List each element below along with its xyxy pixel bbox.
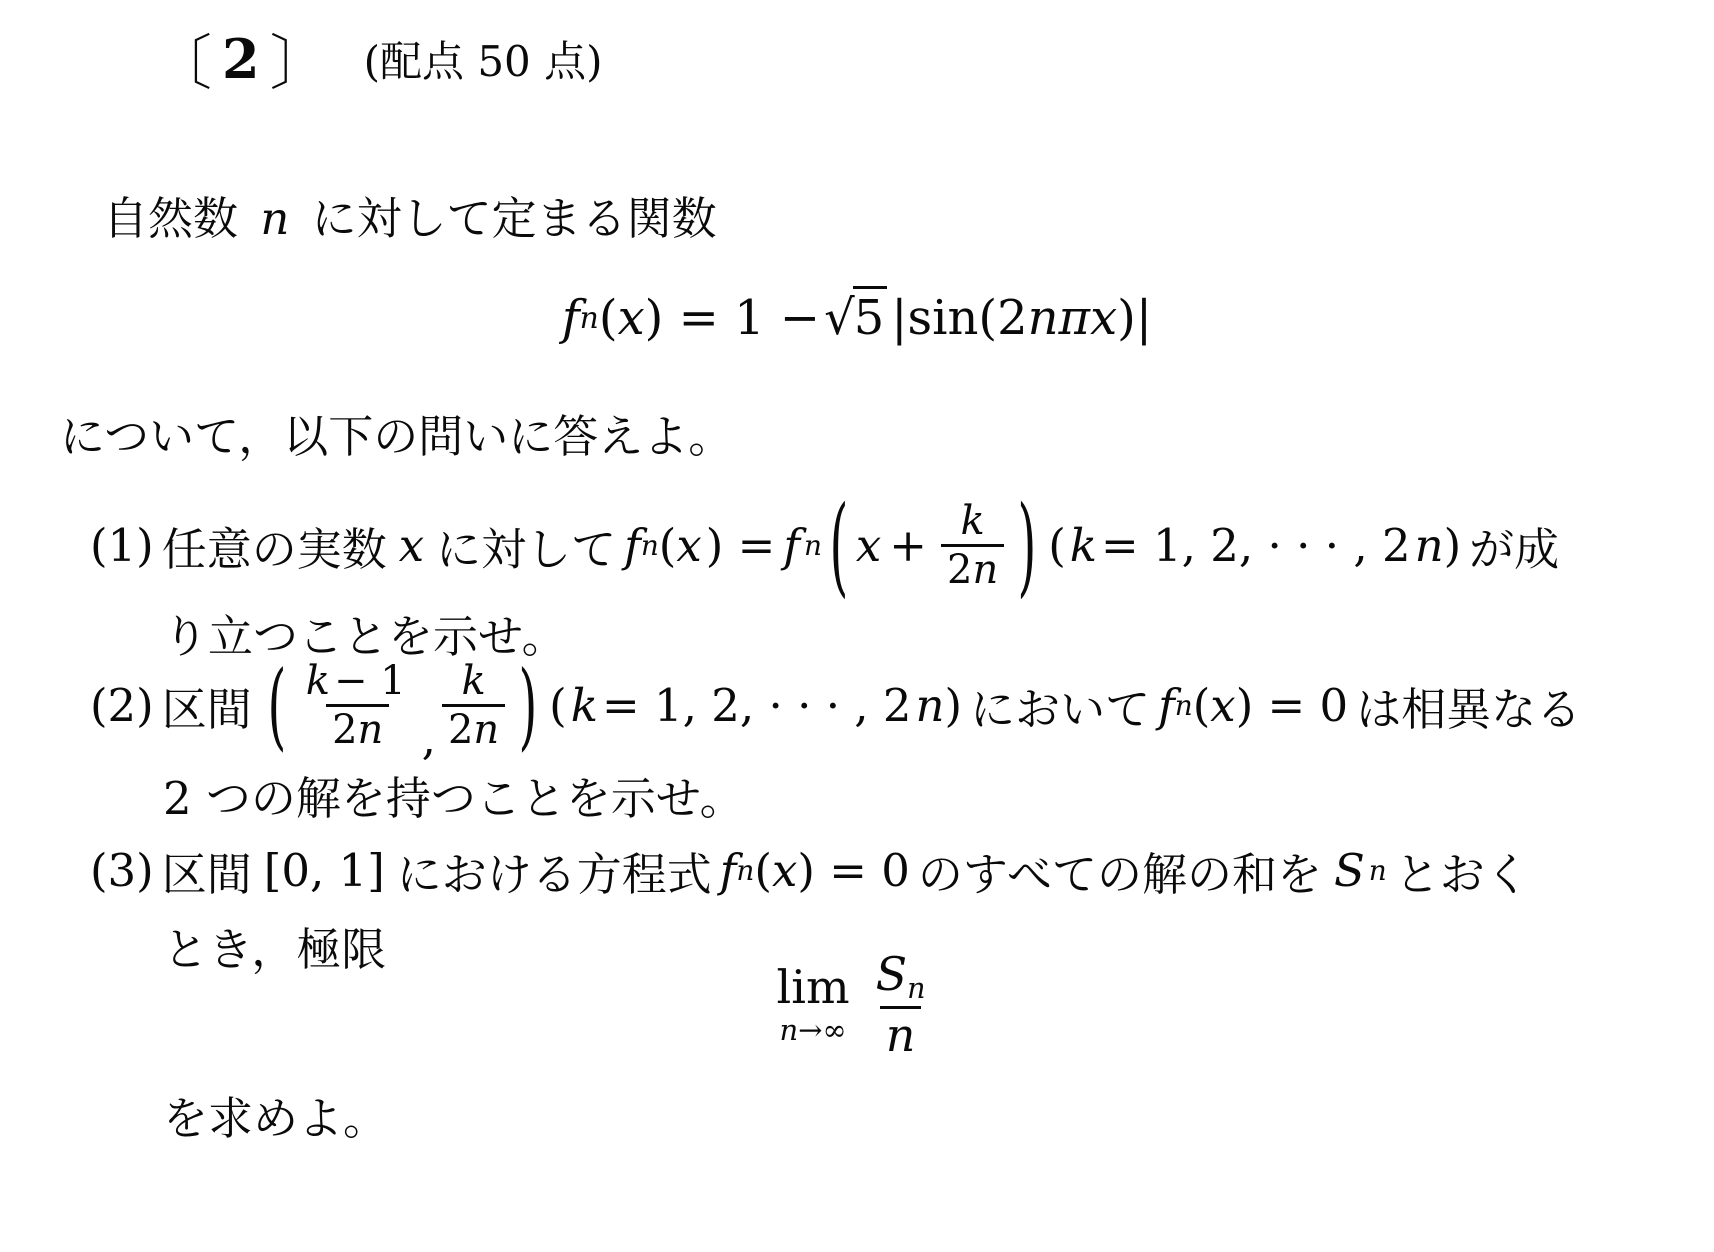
question-3-line-1: (3) 区間 [0, 1] における方程式 fn(x) = 0 のすべての解の和… <box>90 838 1538 903</box>
question-3-line-3: を求めよ。 <box>163 1082 388 1147</box>
intro-text-2: に対して定まる関数 <box>312 192 717 245</box>
formula-f-sub: n <box>580 301 599 336</box>
q1-text-2: に対して <box>436 513 616 578</box>
exam-page: { "header": { "bracket_open": "〔", "numb… <box>0 0 1714 1252</box>
q2-frac2-den-n: n <box>473 707 499 753</box>
q1-krange-k: k <box>1070 519 1097 572</box>
q2-frac1-den-2: 2 <box>332 707 357 753</box>
q3-eq0: ) = 0 <box>797 844 910 897</box>
q1-krange-open: ( <box>1048 519 1066 572</box>
q2-krange-k: k <box>571 679 598 732</box>
lim-subscript: n→∞ <box>779 1016 846 1045</box>
lim-operator: lim n→∞ <box>777 964 850 1045</box>
fraction-Sn-over-n: Sn n <box>870 948 932 1062</box>
q1-f1-sub: n <box>641 529 659 562</box>
q2-krange-open: ( <box>549 679 567 732</box>
limit-display-formula: lim n→∞ Sn n <box>0 948 1714 1062</box>
q1-eq: ) = <box>706 519 776 572</box>
q1-text-3: が成 <box>1469 513 1559 578</box>
q2-eq0: ) = 0 <box>1236 679 1349 732</box>
formula-open2: (2 <box>978 290 1027 346</box>
q2-krange-mid: = 1, 2, · · · , 2 <box>602 679 912 732</box>
q2-label: (2) <box>90 679 154 732</box>
q3-interval: [0, 1] <box>264 844 385 897</box>
q3-text-4: とおく <box>1395 838 1530 903</box>
question-2-line-2: 2 つの解を持つことを示せ。 <box>163 762 745 827</box>
q1-frac-num: k <box>955 498 991 544</box>
question-2-line-1: (2) 区間 ( k− 1 2n , k 2n ) (k= 1, 2, · · … <box>90 645 1589 765</box>
q1-big-paren-left: ( <box>830 491 849 599</box>
q2-krange-close: ) <box>945 679 963 732</box>
formula-close2: )| <box>1117 290 1152 346</box>
fraction-k-minus-1-over-2n: k− 1 2n <box>300 658 416 753</box>
radical-sign: √ <box>824 290 853 346</box>
q3-x: x <box>772 844 797 897</box>
q2-f: f <box>1158 679 1175 732</box>
q2-text-1: 区間 <box>162 673 252 738</box>
q3-label: (3) <box>90 844 154 897</box>
lim-word: lim <box>777 964 850 1010</box>
q2-text-3: は相異なる <box>1356 673 1581 738</box>
lim-frac-S: S <box>876 947 908 1001</box>
q2-text-2: において <box>970 673 1150 738</box>
q1-label: (1) <box>90 519 154 572</box>
q1-var-x: x <box>399 519 424 572</box>
formula-x: x <box>618 290 645 346</box>
formula-eq: ) = 1 − <box>645 290 820 346</box>
formula-n2: n <box>1028 290 1059 346</box>
q1-plus: + <box>889 519 927 572</box>
q3-f: f <box>720 844 737 897</box>
q1-x2: x <box>676 519 701 572</box>
q2-frac1-num: k− 1 <box>300 658 416 704</box>
q1-krange-close: ) <box>1444 519 1462 572</box>
q3-text-1: 区間 <box>162 838 252 903</box>
sqrt-5: √5 <box>824 290 887 346</box>
q2-krange-n: n <box>916 679 945 732</box>
q1-big-paren-right: ) <box>1018 491 1037 599</box>
formula-open: ( <box>599 290 618 346</box>
lim-frac-num: Sn <box>870 948 932 1006</box>
q1-text-1: 任意の実数 <box>162 513 387 578</box>
q2-x: x <box>1210 679 1235 732</box>
function-definition-formula: fn(x) = 1 − √5|sin(2nπx)| <box>0 290 1714 346</box>
question-1-line-1: (1) 任意の実数 x に対して fn(x) = fn ( x + k 2n )… <box>90 478 1567 612</box>
q1-frac-den-n: n <box>972 547 998 593</box>
q1-f1: f <box>624 519 641 572</box>
q3-f-sub: n <box>736 854 754 887</box>
fraction-k-over-2n: k 2n <box>941 498 1004 593</box>
lim-frac-den: n <box>880 1006 922 1062</box>
abs-bar-left: | <box>891 290 907 346</box>
q2-f-sub: n <box>1175 689 1193 722</box>
problem-number: 2 <box>222 27 260 91</box>
problem-header: 〔 2 〕 (配点 50 点) <box>152 16 603 102</box>
fraction-k-over-2n-2: k 2n <box>442 658 505 753</box>
q3-open: ( <box>754 844 772 897</box>
formula-f: f <box>562 290 580 346</box>
lim-frac-S-sub: n <box>907 972 925 1005</box>
sin-word: sin <box>907 290 978 346</box>
q1-f2-sub: n <box>804 529 822 562</box>
points-allocation: (配点 50 点) <box>364 29 603 89</box>
q2-open: ( <box>1193 679 1211 732</box>
q1-frac-den: 2n <box>941 544 1004 593</box>
q2-frac1-num-rest: − 1 <box>334 658 406 704</box>
intro-sentence: 自然数 n に対して定まる関数 <box>103 182 717 247</box>
q1-krange-mid: = 1, 2, · · · , 2 <box>1101 519 1411 572</box>
q2-frac1-den: 2n <box>326 704 389 753</box>
q2-frac1-den-n: n <box>358 707 384 753</box>
var-n: n <box>260 192 289 245</box>
q2-frac2-num: k <box>455 658 491 704</box>
q2-big-paren-right: ) <box>519 658 538 752</box>
header-bracket-close: 〕 <box>270 16 330 102</box>
q1-krange-n: n <box>1415 519 1444 572</box>
formula-pix: πx <box>1059 290 1118 346</box>
q1-frac-den-2: 2 <box>947 547 972 593</box>
q1-open: ( <box>659 519 677 572</box>
q3-S: S <box>1334 844 1365 897</box>
intro-text-1: 自然数 <box>103 192 238 245</box>
q1-f2: f <box>783 519 800 572</box>
q2-frac2-den: 2n <box>442 704 505 753</box>
q3-text-2: における方程式 <box>397 838 712 903</box>
header-bracket-open: 〔 <box>152 16 212 102</box>
q2-frac1-num-k: k <box>306 658 330 704</box>
q3-S-sub: n <box>1369 854 1387 887</box>
q2-comma: , <box>422 712 436 765</box>
q1-x3: x <box>856 519 881 572</box>
lead-sentence: について，以下の問いに答えよ。 <box>60 400 733 465</box>
q2-big-paren-left: ( <box>267 658 286 752</box>
radicand: 5 <box>853 286 888 346</box>
q3-text-3: のすべての解の和を <box>918 838 1322 903</box>
q2-frac2-den-2: 2 <box>448 707 473 753</box>
